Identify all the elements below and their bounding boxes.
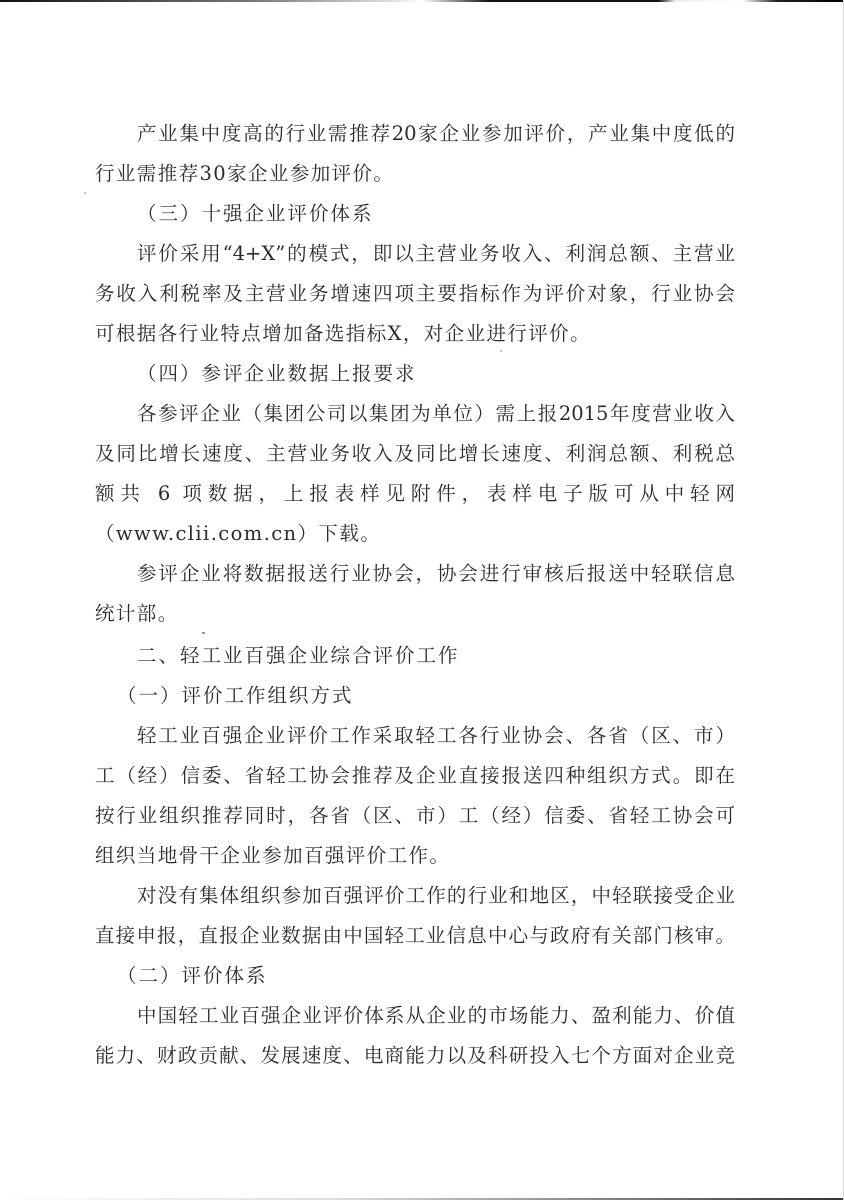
section-heading-2: 二、轻工业百强企业综合评价工作 — [137, 636, 735, 676]
paragraph-line: 能力、财政贡献、发展速度、电商能力以及科研投入七个方面对企业竞 — [95, 1036, 735, 1076]
paragraph-line: 统计部。 — [95, 594, 735, 634]
paragraph-line: 轻工业百强企业评价工作采取轻工各行业协会、各省（区、市） — [137, 716, 735, 756]
paragraph-line: 中国轻工业百强企业评价体系从企业的市场能力、盈利能力、价值 — [137, 996, 735, 1036]
paragraph-line: 可根据各行业特点增加备选指标X，对企业进行评价。 — [95, 314, 735, 354]
paragraph-line: 务收入利税率及主营业务增速四项主要指标作为评价对象，行业协会 — [95, 274, 735, 314]
subsection-heading-1: （一）评价工作组织方式 — [117, 676, 735, 716]
paragraph-line: 行业需推荐30家企业参加评价。 — [95, 154, 735, 194]
paragraph-line: 对没有集体组织参加百强评价工作的行业和地区，中轻联接受企业 — [137, 876, 735, 916]
paragraph-line: 组织当地骨干企业参加百强评价工作。 — [95, 836, 735, 876]
subsection-heading-2: （二）评价体系 — [117, 956, 735, 996]
paragraph-line: 各参评企业（集团公司以集团为单位）需上报2015年度营业收入 — [137, 394, 735, 434]
section-heading-3: （三）十强企业评价体系 — [137, 194, 735, 234]
paragraph-line: 及同比增长速度、主营业务收入及同比增长速度、利润总额、利税总 — [95, 434, 735, 474]
paragraph-line: 评价采用“4+X”的模式，即以主营业务收入、利润总额、主营业 — [137, 234, 735, 274]
paragraph-line: 工（经）信委、省轻工协会推荐及企业直接报送四种组织方式。即在 — [95, 756, 735, 796]
paragraph-line: 额共 6 项数据，上报表样见附件，表样电子版可从中轻网 — [95, 474, 735, 514]
paragraph-line: 产业集中度高的行业需推荐20家企业参加评价，产业集中度低的 — [137, 114, 735, 154]
scan-edge-top — [0, 0, 844, 2]
paragraph-line: 直接申报，直报企业数据由中国轻工业信息中心与政府有关部门核审。 — [95, 916, 735, 956]
paragraph-line: 按行业组织推荐同时，各省（区、市）工（经）信委、省轻工协会可 — [95, 796, 735, 836]
scan-speck — [84, 192, 86, 194]
section-heading-4: （四）参评企业数据上报要求 — [137, 354, 735, 394]
url-line: （www.clii.com.cn）下载。 — [95, 514, 735, 554]
paragraph-line: 参评企业将数据报送行业协会，协会进行审核后报送中轻联信息 — [137, 554, 735, 594]
